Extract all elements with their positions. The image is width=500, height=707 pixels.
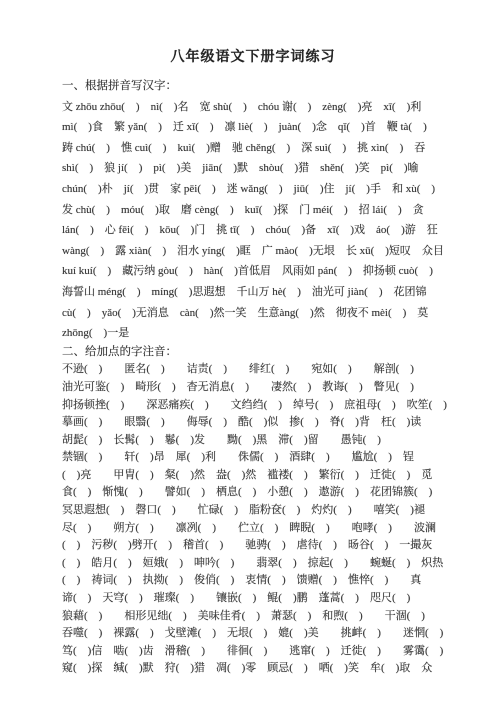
worksheet-line: 海誓山 méng( ) míng( )思遐想 千山万 hè( ) 油光可 jià… [62, 282, 446, 303]
worksheet-line: 禁锢( ) 轩( )昂 犀( )利 侏儒( ) 酒肆( ) 尴尬( ) 锃 [62, 449, 446, 467]
worksheet-line: ( ) 污秽( )劈开( ) 稽首( ) 驰骋( ) 虐待( ) 旸谷( ) 一… [62, 537, 446, 555]
worksheet-line: 踌 chú( ) 憔 cuì( ) kuì( )赠 驰 chěng( ) 深 s… [62, 138, 446, 159]
worksheet-line: 抑扬顿挫( ) 深恶痛疾( ) 文绉绉( ) 绰号( ) 庶祖母( ) 吹笙( … [62, 397, 446, 415]
worksheet-line: 文 zhōu zhōu( ) nì( )名 宽 shù( ) chóu 谢( )… [62, 97, 446, 118]
worksheet-line: 冥思遐想( ) 磬口( ) 忙碌( ) 脂粉奁( ) 灼灼( ) 嘻笑( )褪 [62, 502, 446, 520]
worksheet-line: cù( ) yǎo( )无消息 càn( )然一笑 生意àng( )然 彻夜不 … [62, 303, 446, 324]
worksheet-line: 胡髭( ) 长髯( ) 鬈( )发 黝( )黑 滞( )留 愚钝( ) [62, 432, 446, 450]
worksheet-line: 不逊( ) 匿名( ) 诘责( ) 绯红( ) 宛如( ) 解剖( ) [62, 361, 446, 379]
section-heading: 一、根据拼音写汉字： [62, 76, 446, 97]
worksheet-line: shì( ) 狼 jí( ) pì( )美 jiān( )默 shòu( )猎 … [62, 158, 446, 179]
worksheet-line: 狼藉( ) 相形见绌( ) 美味佳肴( ) 萧瑟( ) 和煦( ) 干涸( ) [62, 608, 446, 626]
worksheet-line: 摹画( ) 眼翳( ) 侮辱( ) 酷( )似 掺( ) 脊( )背 枉( )读 [62, 414, 446, 432]
worksheet-line: 发 chù( ) móu( )取 磨 cèng( ) kuī( )探 门 méi… [62, 200, 446, 221]
worksheet-line: 吞噬( ) 裸露( ) 戈壁滩( ) 无垠( ) 媲( )美 挑衅( ) 迷惘(… [62, 625, 446, 643]
page-title: 八年级语文下册字词练习 [62, 46, 444, 66]
worksheet-line: ( ) 祷词( ) 执拗( ) 俊俏( ) 衷情( ) 馈赠( ) 憔悴( ) … [62, 572, 446, 590]
worksheet-line: ( ) 皓月( ) 姮娥( ) 呻吟( ) 翡翠( ) 掠起( ) 蜿蜒( ) … [62, 555, 446, 573]
section-heading: 二、给加点的字注音： [62, 344, 446, 362]
worksheet-line: 窥( )探 缄( )默 狩( )猎 凋( )零 顾忌( ) 哂( )笑 牟( )… [62, 660, 446, 678]
worksheet-line: kuí kuí( ) 藏污纳 gòu( ) hàn( )首低眉 风雨如 pán(… [62, 261, 446, 282]
worksheet-line: 笃( )信 啮( )齿 滑稽( ) 徘徊( ) 逃窜( ) 迁徙( ) 雾霭( … [62, 643, 446, 661]
worksheet-line: mì( )食 繁 yǎn( ) 迁 xǐ( ) 凛 liè( ) juàn( )… [62, 117, 446, 138]
worksheet-page: 八年级语文下册字词练习 一、根据拼音写汉字：文 zhōu zhōu( ) nì(… [0, 0, 500, 707]
worksheet-line: 尽( ) 朔方( ) 凛冽( ) 伫立( ) 睥睨( ) 咆哮( ) 波澜 [62, 520, 446, 538]
worksheet-line: 谛( ) 天穹( ) 璀璨( ) 镶嵌( ) 鲲( )鹏 蓬蒿( ) 咫尺( ) [62, 590, 446, 608]
worksheet-line: 食( ) 惭愧( ) 譬如( ) 栖息( ) 小憩( ) 遨游( ) 花团锦簇(… [62, 484, 446, 502]
worksheet-line: wàng( ) 露 xiàn( ) 泪水 yíng( )眶 广 mào( )无垠… [62, 241, 446, 262]
worksheet-line: chún( )朴 jí( )贯 家 pēi( ) 迷 wǎng( ) jiū( … [62, 179, 446, 200]
worksheet-line: ( )亮 甲胄( ) 粲( )然 盎( )然 褴褛( ) 繁衍( ) 迁徙( )… [62, 467, 446, 485]
worksheet-line: lán( ) 心 fēi( ) kōu( )门 挑 tī( ) chóu( )备… [62, 220, 446, 241]
document-body: 一、根据拼音写汉字：文 zhōu zhōu( ) nì( )名 宽 shù( )… [62, 76, 446, 678]
worksheet-line: zhōng( )一是 [62, 323, 446, 344]
worksheet-line: 油光可鉴( ) 畸形( ) 杳无消息( ) 凄然( ) 教诲( ) 瞥见( ) [62, 379, 446, 397]
